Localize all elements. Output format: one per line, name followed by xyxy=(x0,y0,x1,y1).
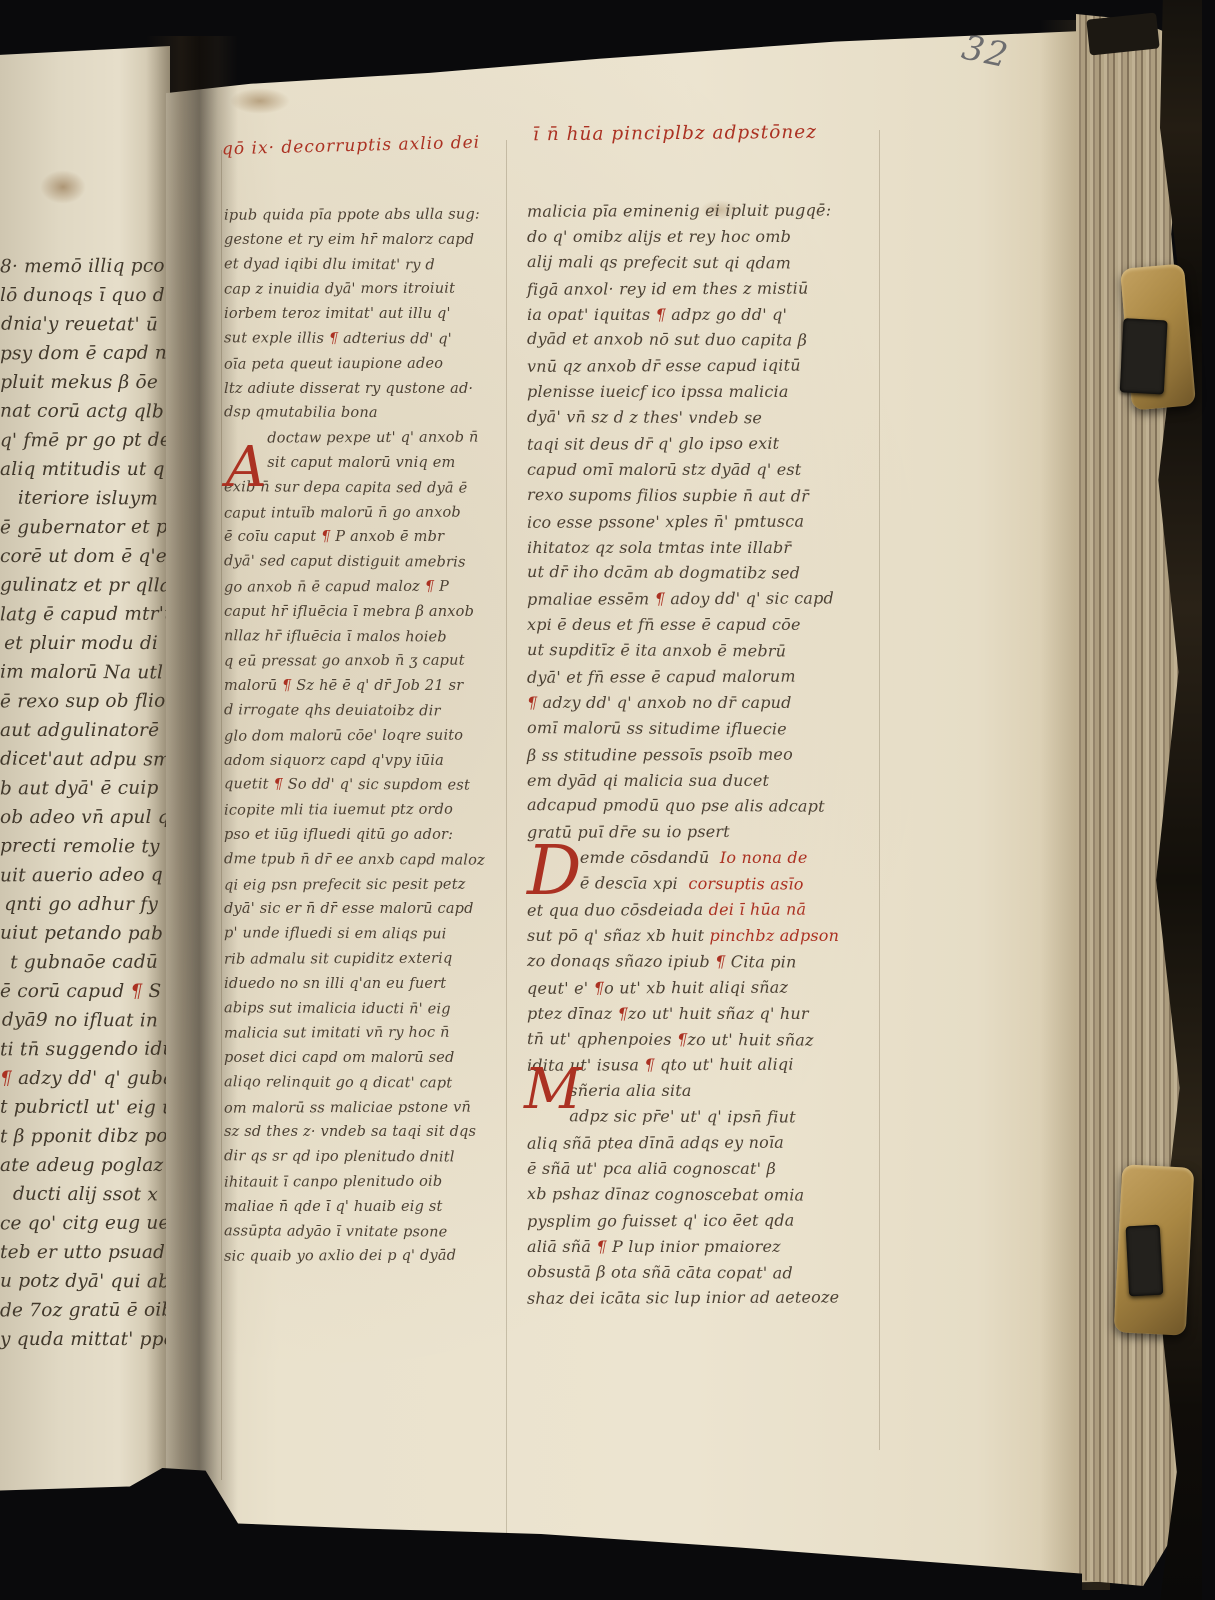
text-line: ut supditīz ē ita anxob ē mebrū xyxy=(527,642,887,670)
buckle-icon xyxy=(1126,1225,1164,1297)
rubric-mark: ¶ xyxy=(715,952,725,971)
clasp-bottom xyxy=(1114,1164,1195,1336)
rubric-mark: ¶ xyxy=(594,978,604,997)
text-line: im malorū Na utl xyxy=(0,664,158,694)
verso-page: 8· memō illiq pcolō dunoqs ī quo dr̄dnia… xyxy=(0,46,170,1522)
text-line: iduedo no sn illi q'an eu fuert xyxy=(224,977,514,1002)
text-line: ce qo' citg eug ued xyxy=(0,1215,158,1245)
text-line: lō dunoqs ī quo dr̄ xyxy=(0,287,158,316)
text-line: dir qs sr qd ipo plenitudo dnitl xyxy=(224,1150,514,1176)
text-line: figā anxol· rey id em thes z mistiū xyxy=(527,280,887,307)
text-line: precti remolie ty xyxy=(0,838,158,868)
text-line: t β pponit dibz po xyxy=(0,1128,158,1158)
drop-cap-initial-D: D xyxy=(527,838,582,906)
text-line: pysplim go fuisset q' ico ēet qda xyxy=(527,1212,887,1239)
text-line: dsp qmutabilia bona xyxy=(224,406,514,432)
text-line: et dyad iqibi dlu imitat' ry d xyxy=(224,257,514,283)
text-line: sit caput malorū vniq em xyxy=(224,456,514,481)
text-line: ptez dīnaz ¶zo ut' huit sñaz q' hur xyxy=(527,1006,887,1032)
text-line: ¶ adzy dd' q' guba xyxy=(0,1070,158,1099)
text-line: plenisse iueicf ico ipssa malicia xyxy=(527,384,887,410)
rubric-mark: ¶ xyxy=(656,305,666,324)
rubric-mark: ¶ xyxy=(274,777,284,793)
text-line: oīa peta queut iaupione adeo xyxy=(224,356,514,382)
manuscript-photo: 8· memō illiq pcolō dunoqs ī quo dr̄dnia… xyxy=(0,0,1215,1600)
text-line: ē sñā ut' pca aliā cognoscat' β xyxy=(527,1161,887,1187)
text-line: rexo supoms filios supbie n̄ aut dr̄ xyxy=(527,487,887,515)
text-line: q eū pressat go anxob n̄ ʒ caput xyxy=(224,654,514,680)
text-line: uiut petando pab xyxy=(0,925,158,955)
text-line: xpi ē deus et fn̄ esse ē capud cōe xyxy=(527,617,887,643)
text-line: capud omī malorū stz dyād q' est xyxy=(527,462,887,488)
text-line: 8· memō illiq pco xyxy=(0,258,158,288)
text-line: ate adeug poglaz xyxy=(0,1157,158,1186)
text-line: zo donaqs sñazo ipiub ¶ Cita pin xyxy=(527,953,887,981)
text-line: poset dici capd om malorū sed xyxy=(224,1051,514,1076)
rubric-mark: corsuptis asīo xyxy=(688,874,803,894)
text-column-left: ipub quida pīa ppote abs ulla sug:geston… xyxy=(224,208,514,1274)
text-line: ipub quida pīa ppote abs ulla sug: xyxy=(224,207,514,233)
text-line: dyā' vn̄ sz d z thes' vndeb se xyxy=(527,409,887,437)
text-line: go anxob n̄ ē capud maloz ¶ P xyxy=(224,579,514,605)
text-line: nat corū actg qlb xyxy=(0,403,158,433)
rubric-mark: ¶ xyxy=(596,1237,606,1256)
text-line: pso et iūg ifluedi qitū go ador: xyxy=(224,828,514,853)
rubric-mark: ¶ xyxy=(321,529,330,545)
text-line: et pluir modu di xyxy=(0,635,158,664)
text-line: sic quaib yo axlio dei p q' dyād xyxy=(224,1249,514,1275)
text-line: psy dom ē capd no xyxy=(0,345,158,375)
text-line: qi eig psn prefecit sic pesit petz xyxy=(224,877,514,903)
text-line: ico esse pssone' xples n̄' pmtusca xyxy=(527,513,887,540)
text-line: sz sd thes z· vndeb sa taqi sit dqs xyxy=(224,1125,514,1150)
text-line: ltz adiute disserat ry qustone ad· xyxy=(224,382,514,407)
text-line: gulinatz et pr qlla xyxy=(0,577,158,607)
text-line: qnti go adhur fy xyxy=(0,896,158,925)
text-line: latg ē capud mtr'u xyxy=(0,606,158,636)
text-line: dnia'y reuetat' ū xyxy=(0,316,158,346)
text-line: t gubnaōe cadū xyxy=(0,954,158,984)
text-line: b aut dyā' ē cuip xyxy=(0,780,158,810)
text-line: dyā' sed caput distiguit amebris xyxy=(224,554,514,580)
text-line: aliqo relinquit go q dicat' capt xyxy=(224,1075,514,1101)
text-line: iteriore isluym xyxy=(0,490,158,520)
verso-text-column: 8· memō illiq pcolō dunoqs ī quo dr̄dnia… xyxy=(0,258,158,1360)
text-line: aliq mtitudis ut q xyxy=(0,461,158,490)
text-line: exib n̄ sur depa capita sed dyā ē xyxy=(224,480,514,506)
text-line: abips sut imalicia iducti n̄' eig xyxy=(224,1001,514,1027)
text-line: taqi sit deus dr̄ q' glo ipso exit xyxy=(527,435,887,462)
text-line: aliā sñā ¶ P lup inior pmaiorez xyxy=(527,1239,887,1265)
text-line: maliae n̄ qde ī q' huaib eig st xyxy=(224,1200,514,1225)
running-header-right: ī n̄ hūa pinciplbz adpstōnez xyxy=(533,122,817,145)
text-line: dyā9 no ifluat in xyxy=(0,1012,158,1042)
clasp-top xyxy=(1120,263,1196,410)
rubric-mark: Io nona de xyxy=(720,848,808,867)
text-line: vnū qz anxob dr̄ esse capud iqitū xyxy=(527,358,887,385)
text-line: dyā' sic er n̄ dr̄ esse malorū capd xyxy=(224,902,514,927)
rubric-mark: ¶ xyxy=(618,1004,628,1023)
text-line: adom siquorz capd q'vpy iūia xyxy=(224,754,514,779)
text-line: ¶ adzy dd' q' anxob no dr̄ capud xyxy=(527,695,887,721)
text-line: ihitauit ī canpo plenitudo oib xyxy=(224,1174,514,1200)
text-line: ti tn̄ suggendo idu xyxy=(0,1041,158,1071)
text-line: aut adgulinatorē xyxy=(0,722,158,751)
text-line: p' unde ifluedi si em aliqs pui xyxy=(224,926,514,952)
text-line: sut pō q' sñaz xb huit pinchbz adpson xyxy=(527,928,887,954)
text-line: shaz dei icāta sic lup inior ad aeteoze xyxy=(527,1290,887,1317)
text-line: ē corū capud ¶ S xyxy=(0,983,158,1012)
text-line: omī malorū ss situdime ifluecie xyxy=(527,720,887,748)
rubric-mark: dei ī hūa nā xyxy=(709,900,807,919)
text-line: caput hr̄ ifluēcia ī mebra β anxob xyxy=(224,605,514,630)
text-line: rib admalu sit cupiditz exteriq xyxy=(224,951,514,977)
drop-cap-initial-A: A xyxy=(226,440,266,496)
rubric-mark: ¶ xyxy=(655,590,665,609)
text-line: do q' omibz alijs et rey hoc omb xyxy=(527,229,887,255)
rubric-mark: ¶ xyxy=(329,331,339,347)
text-line: u potz dyā' qui abiē xyxy=(0,1273,158,1303)
text-line: malorū ¶ Sz hē ē q' dr̄ Job 21 sr xyxy=(224,679,514,704)
text-line: cap z inuidia dyā' mors itroiuit xyxy=(224,282,514,308)
text-line: malicia pīa eminenig ei ipluit pugqē: xyxy=(527,202,887,229)
text-line: d irrogate qhs deuiatoibz dir xyxy=(224,703,514,729)
text-line: ducti alij ssot x xyxy=(0,1186,158,1216)
text-line: teb er utto psuadr xyxy=(0,1244,158,1273)
rubric-mark: ¶ xyxy=(677,1029,687,1048)
text-line: corē ut dom ē q'ey xyxy=(0,548,158,577)
rubric-mark: ¶ xyxy=(0,1068,12,1089)
text-line: malicia sut imitati vn̄ ry hoc n̄ xyxy=(224,1026,514,1052)
text-line: uit auerio adeo q xyxy=(0,867,158,897)
text-line: ob adeo vn̄ apul q xyxy=(0,809,158,838)
text-line: ē gubernator et pr xyxy=(0,519,158,549)
text-line: xb pshaz dīnaz cognoscebat omia xyxy=(527,1186,887,1214)
text-line: dyā' et fn̄ esse ē capud malorum xyxy=(527,668,887,695)
text-line: ē rexo sup ob fliot xyxy=(0,693,158,723)
drop-cap-initial-M: M xyxy=(524,1062,581,1118)
text-line: gestone et ry eim hr̄ malorz capd xyxy=(224,233,514,258)
rubric-mark: ¶ xyxy=(644,1056,654,1075)
text-line: iorbem teroz imitat' aut illu q' xyxy=(224,307,514,332)
text-line: pluit mekus β ōe xyxy=(0,374,158,403)
text-line: aliq sñā ptea dīnā adqs ey noīa xyxy=(527,1134,887,1161)
rubric-mark: ¶ xyxy=(527,693,537,712)
rubric-mark: pinchbz adpson xyxy=(709,926,839,945)
text-line: alij mali qs prefecit sut qi qdam xyxy=(527,254,887,282)
text-line: t pubrictl ut' eig u xyxy=(0,1099,158,1129)
text-line: glo dom malorū cōe' loqre suito xyxy=(224,728,514,754)
text-line: om malorū ss maliciae pstone vn̄ xyxy=(224,1100,514,1126)
buckle-icon xyxy=(1120,318,1168,394)
text-column-right: malicia pīa eminenig ei ipluit pugqē:do … xyxy=(527,203,887,1316)
text-line: de 7oz gratū ē oibz xyxy=(0,1302,158,1332)
text-line: sut exple illis ¶ adterius dd' q' xyxy=(224,331,514,357)
text-line: dicet'aut adpu smi xyxy=(0,751,158,781)
cover-corner xyxy=(1086,12,1159,55)
text-line: pmaliae essēm ¶ adoy dd' q' sic capd xyxy=(527,591,887,618)
text-line: caput intuīb malorū n̄ go anxob xyxy=(224,505,514,531)
text-line: qeut' e' ¶o ut' xb huit aliqi sñaz xyxy=(527,979,887,1006)
text-line: β ss stitudine pessoīs psoīb meo xyxy=(527,746,887,773)
text-line: q' fmē pr go pt dei xyxy=(0,432,158,462)
text-line: doctaw pexpe ut' q' anxob n̄ xyxy=(224,431,514,457)
rubric-mark: ¶ xyxy=(425,579,435,595)
text-line: dme tpub n̄ dr̄ ee anxb capd maloz xyxy=(224,852,514,878)
text-line: assūpta adyāo ī vnitate psone xyxy=(224,1224,514,1250)
text-line: ē coīu caput ¶ P anxob ē mbr xyxy=(224,530,514,555)
text-line: y quda mittat' ppe xyxy=(0,1331,158,1360)
text-line: nllaz hr̄ ifluēcia ī malos hoieb xyxy=(224,629,514,655)
text-line: icopite mli tia iuemut ptz ordo xyxy=(224,802,514,828)
text-line: quetit ¶ So dd' q' sic supdom est xyxy=(224,778,514,804)
rubric-mark: ¶ xyxy=(130,981,142,1002)
